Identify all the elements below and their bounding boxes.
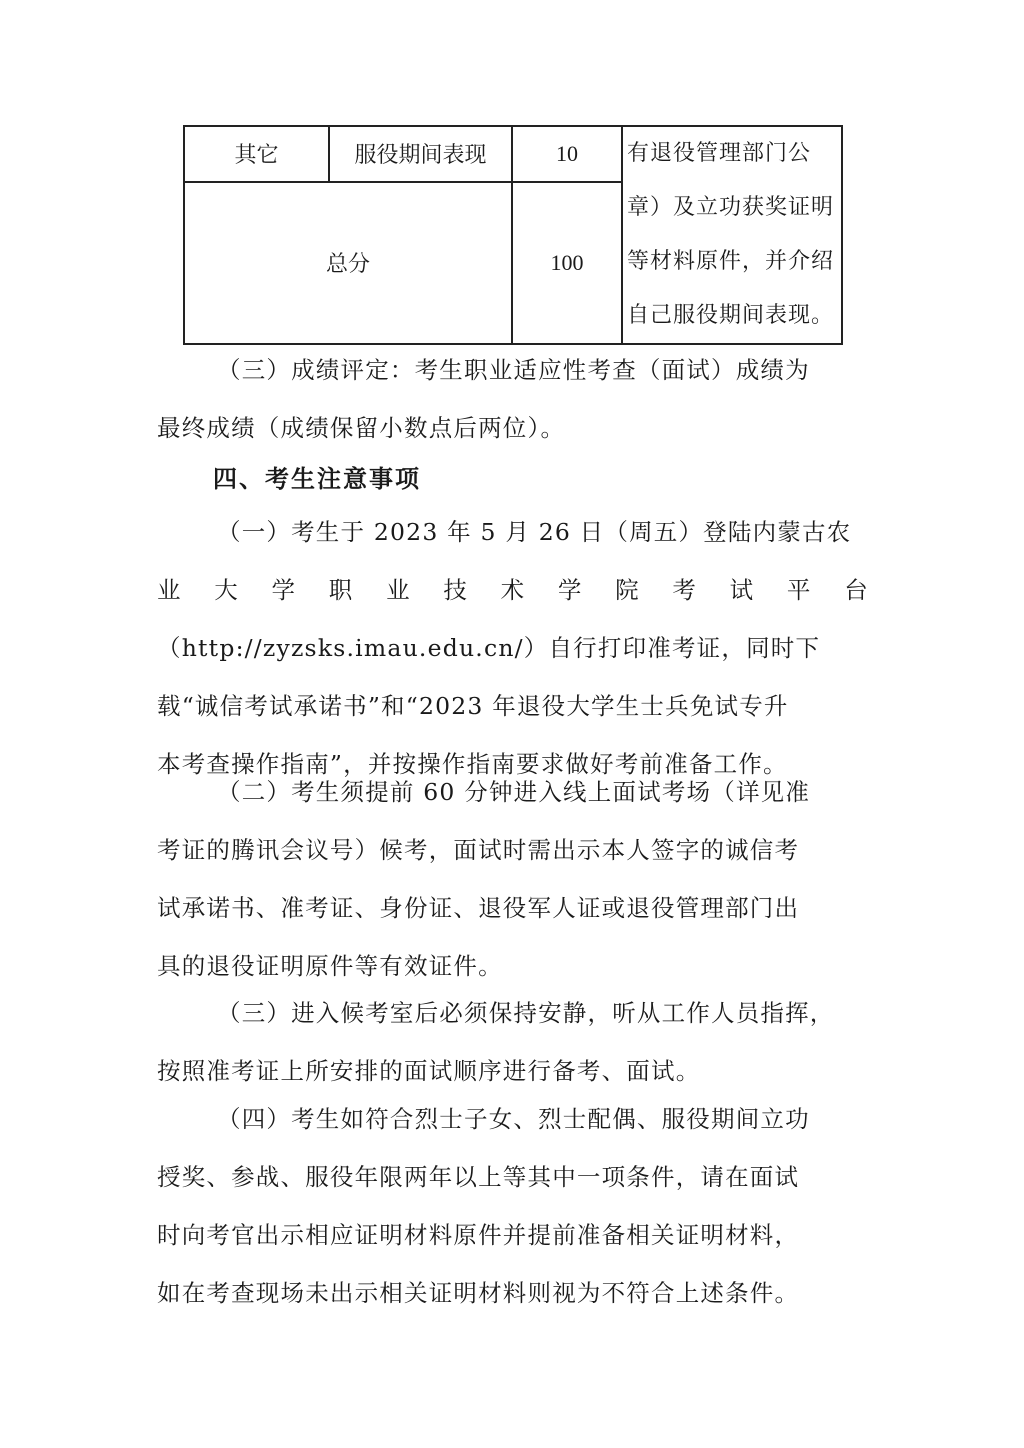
item-cell: 服役期间表现 [329, 126, 512, 182]
score-table: 其它 服役期间表现 10 有退役管理部门公 章）及立功获奖证明 等材料原件，并介… [183, 125, 843, 345]
table-row: 其它 服役期间表现 10 有退役管理部门公 章）及立功获奖证明 等材料原件，并介… [184, 126, 842, 182]
notice4-paragraph: （四）考生如符合烈士子女、烈士配偶、服役期间立功 授奖、参战、服役年限两年以上等… [157, 1090, 869, 1322]
para-line: 试承诺书、准考证、身份证、退役军人证或退役管理部门出 [157, 879, 869, 937]
note-line: 章）及立功获奖证明 [627, 181, 839, 235]
para-line: （四）考生如符合烈士子女、烈士配偶、服役期间立功 [217, 1105, 810, 1133]
notice2-paragraph: （二）考生须提前 60 分钟进入线上面试考场（详见准 考证的腾讯会议号）候考，面… [157, 763, 869, 995]
score-cell: 10 [512, 126, 622, 182]
note-cell: 有退役管理部门公 章）及立功获奖证明 等材料原件，并介绍 自己服役期间表现。 [622, 126, 842, 344]
para-line: 如在考查现场未出示相关证明材料则视为不符合上述条件。 [157, 1264, 869, 1322]
category-cell: 其它 [184, 126, 329, 182]
para-line: （三）成绩评定：考生职业适应性考查（面试）成绩为 [217, 356, 810, 384]
para-line-spread: 业 大 学 职 业 技 术 学 院 考 试 平 台 [157, 561, 869, 619]
para-line: 时向考官出示相应证明材料原件并提前准备相关证明材料， [157, 1206, 869, 1264]
para-line: 授奖、参战、服役年限两年以上等其中一项条件，请在面试 [157, 1148, 869, 1206]
para-line: 载“诚信考试承诺书”和“2023 年退役大学生士兵免试专升 [157, 677, 869, 735]
section-heading: 四、考生注意事项 [213, 455, 421, 503]
notice3-paragraph: （三）进入候考室后必须保持安静，听从工作人员指挥， 按照准考证上所安排的面试顺序… [157, 984, 869, 1100]
total-score-cell: 100 [512, 182, 622, 345]
document-page: 其它 服役期间表现 10 有退役管理部门公 章）及立功获奖证明 等材料原件，并介… [0, 0, 1024, 1448]
section3-paragraph: （三）成绩评定：考生职业适应性考查（面试）成绩为 最终成绩（成绩保留小数点后两位… [157, 341, 869, 457]
para-line: （三）进入候考室后必须保持安静，听从工作人员指挥， [217, 999, 835, 1027]
notice1-paragraph: （一）考生于 2023 年 5 月 26 日（周五）登陆内蒙古农 业 大 学 职… [157, 503, 869, 793]
url-line: （http://zyzsks.imau.edu.cn/）自行打印准考证，同时下 [157, 619, 869, 677]
note-line: 有退役管理部门公 [627, 127, 839, 181]
para-line: 最终成绩（成绩保留小数点后两位）。 [157, 399, 869, 457]
para-line: 考证的腾讯会议号）候考，面试时需出示本人签字的诚信考 [157, 821, 869, 879]
note-line: 等材料原件，并介绍 [627, 235, 839, 289]
para-line: （一）考生于 2023 年 5 月 26 日（周五）登陆内蒙古农 [217, 518, 851, 546]
para-line: （二）考生须提前 60 分钟进入线上面试考场（详见准 [217, 778, 810, 806]
total-label-cell: 总分 [184, 182, 512, 345]
note-line: 自己服役期间表现。 [627, 289, 839, 343]
